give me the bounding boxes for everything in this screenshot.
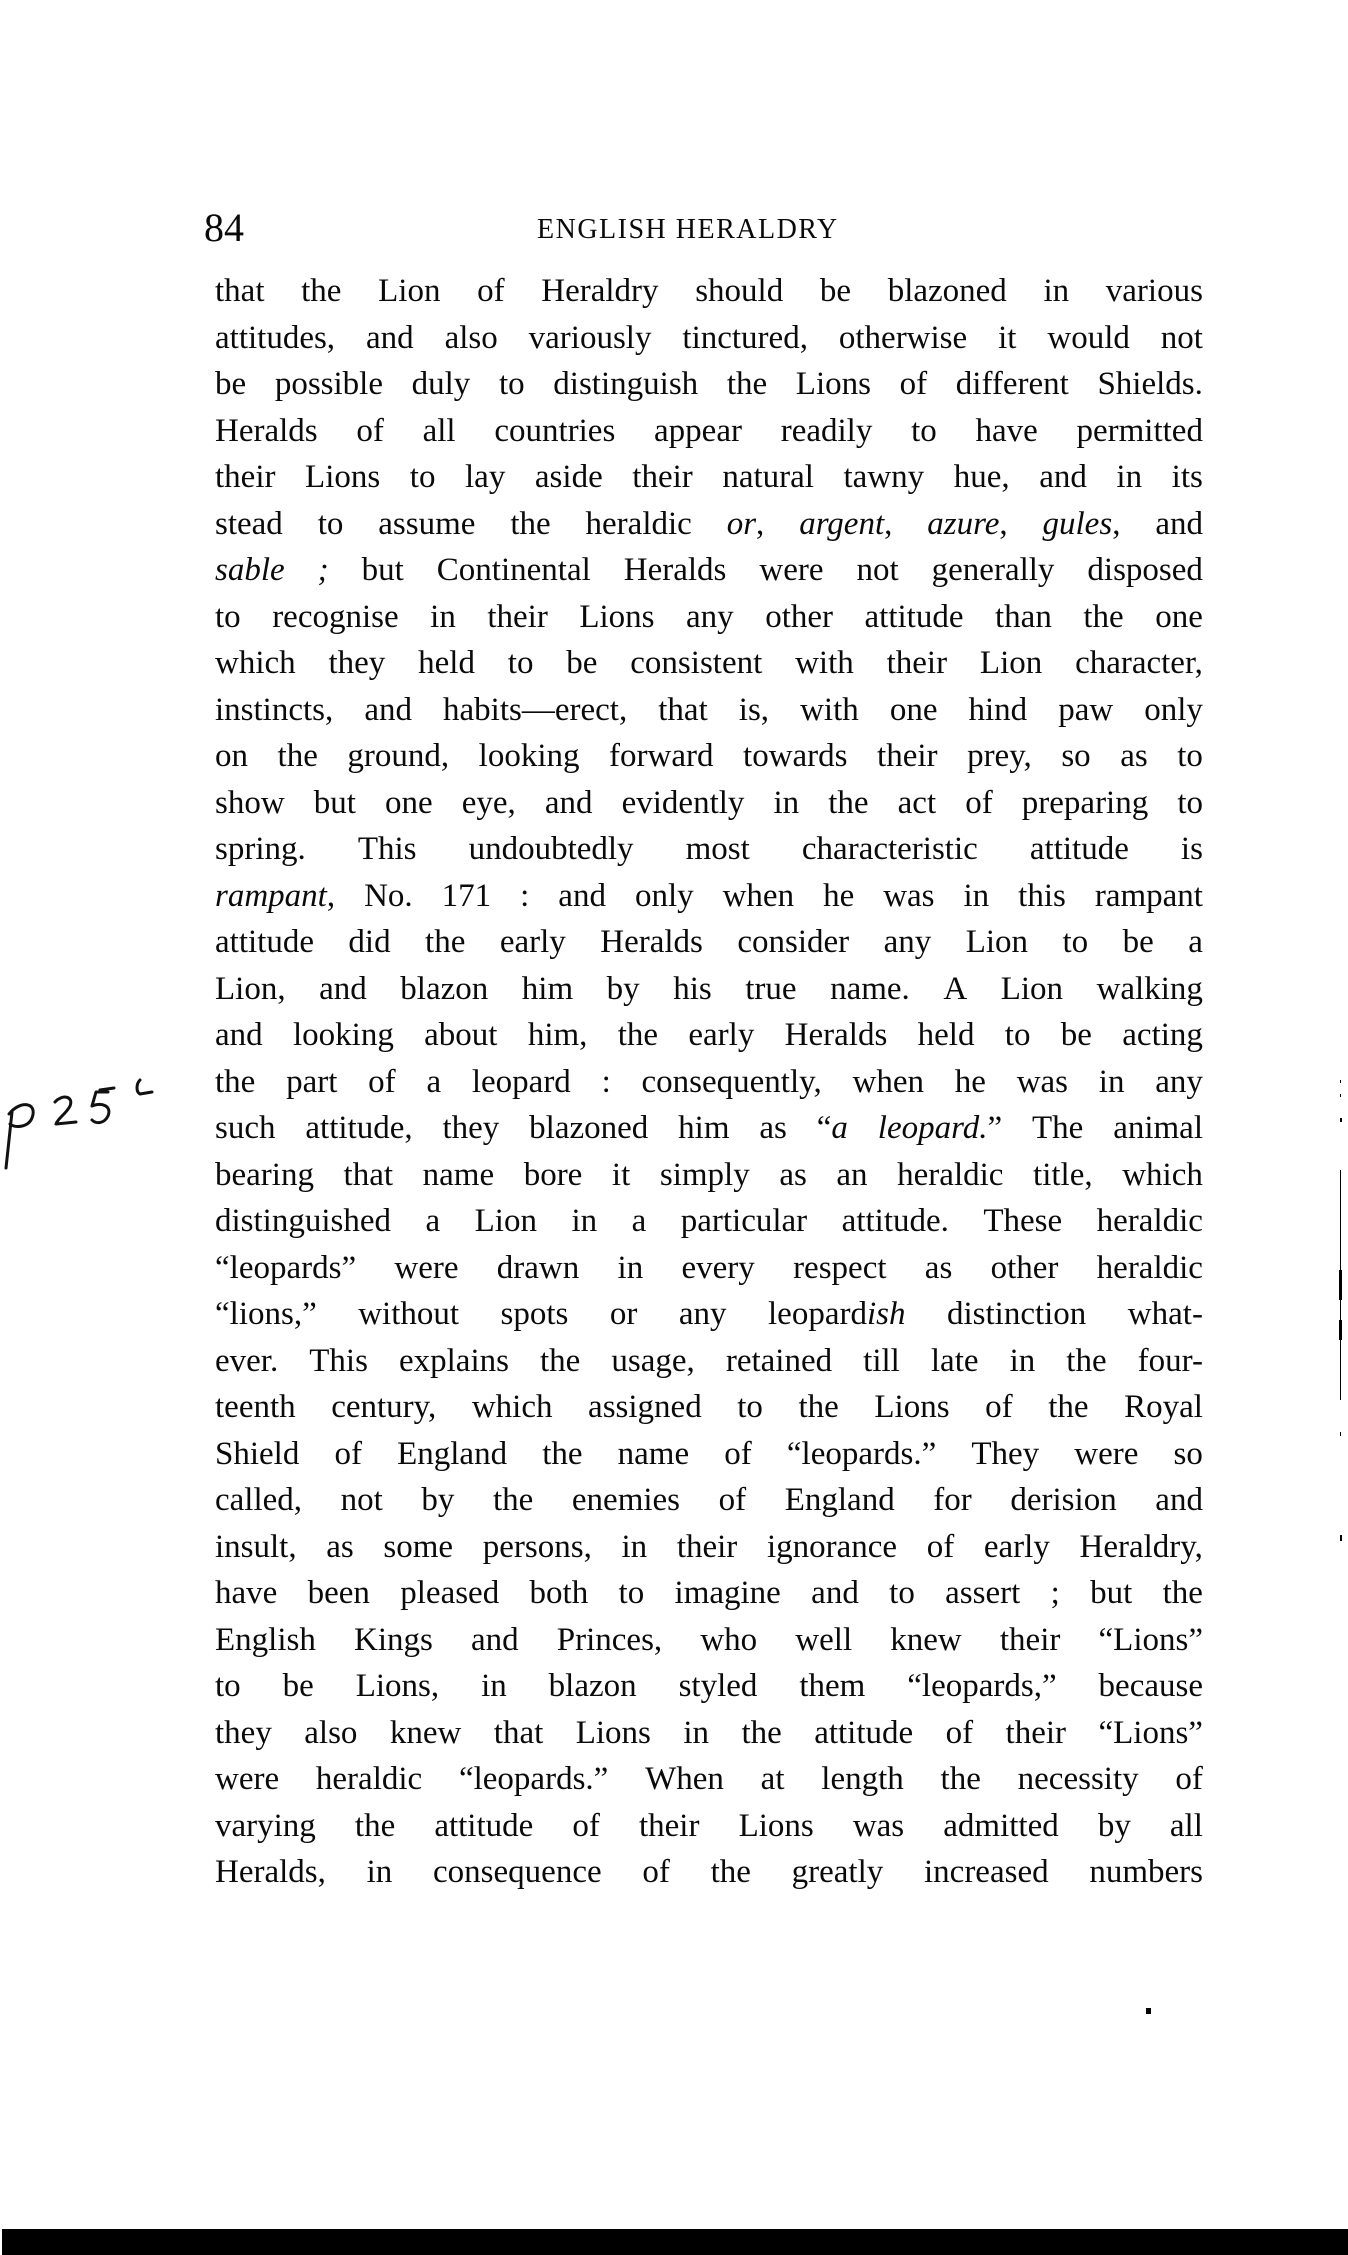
word: and [364, 687, 412, 734]
word: natural [722, 454, 814, 501]
word: respect [793, 1245, 886, 1292]
word: of [572, 1803, 600, 1850]
word: of [719, 1477, 747, 1524]
word: Lion [966, 919, 1028, 966]
word: is [1181, 826, 1203, 873]
word: so [1174, 1431, 1203, 1478]
word: to [215, 594, 241, 641]
text-line: instincts,andhabits—erect,thatis,withone… [215, 687, 1203, 734]
word: retained [726, 1338, 832, 1385]
word: knew [890, 1617, 961, 1664]
word: were [394, 1245, 458, 1292]
running-head: ENGLISH HERALDRY [537, 212, 909, 248]
word: ever. [215, 1338, 278, 1385]
word: leopard [472, 1059, 571, 1106]
word: “lions,” [215, 1291, 317, 1338]
text-line: wereheraldic“leopards.”Whenatlengththene… [215, 1756, 1203, 1803]
word: their [877, 733, 937, 780]
word: as [925, 1245, 953, 1292]
word: consistent [630, 640, 762, 687]
word: one [385, 780, 433, 827]
word: distinguished [215, 1198, 391, 1245]
word: walking [1097, 966, 1203, 1013]
word: simply [660, 1152, 750, 1199]
word: to [1177, 733, 1203, 780]
word: the [1048, 1384, 1088, 1431]
word: late [931, 1338, 979, 1385]
text-line: theyalsoknewthatLionsintheattitudeofthei… [215, 1710, 1203, 1757]
word: variously [529, 315, 652, 362]
scan-speck [1146, 2008, 1151, 2014]
body-text: thattheLionofHeraldryshouldbeblazonedinv… [215, 268, 1203, 1896]
word: preparing [1022, 780, 1148, 827]
word: stead [215, 501, 283, 548]
word: most [686, 826, 750, 873]
word: the [278, 733, 318, 780]
word: was [1017, 1059, 1068, 1106]
word: by [421, 1477, 454, 1524]
text-line: attitudedidtheearlyHeraldsconsideranyLio… [215, 919, 1203, 966]
word: enemies [572, 1477, 680, 1524]
word: Heraldry [541, 268, 658, 315]
word: till [863, 1338, 900, 1385]
word: the [828, 780, 868, 827]
word: Kings [354, 1617, 433, 1664]
word: of [985, 1384, 1013, 1431]
word: ; [1051, 1570, 1060, 1617]
word: held [918, 1012, 975, 1059]
text-line: rampant,No.171:andonlywhenhewasinthisram… [215, 873, 1203, 920]
text-line: attitudes,andalsovariouslytinctured,othe… [215, 315, 1203, 362]
word: “Lions” [1099, 1617, 1203, 1664]
scan-edge-artifact [1338, 1080, 1344, 1560]
word: were [759, 547, 823, 594]
word: and [215, 1012, 263, 1059]
text-line: Heralds,inconsequenceofthegreatlyincreas… [215, 1849, 1203, 1896]
word: generally [932, 547, 1055, 594]
word: and [811, 1570, 859, 1617]
word: of [946, 1710, 974, 1757]
text-line: bearingthatnameboreitsimplyasanheraldict… [215, 1152, 1203, 1199]
word: by [1098, 1803, 1131, 1850]
word: aside [535, 454, 603, 501]
word: their [1006, 1710, 1066, 1757]
word: to [1177, 780, 1203, 827]
word: it [612, 1152, 630, 1199]
word: or, [727, 501, 765, 548]
word: with [795, 640, 854, 687]
word: him, [528, 1012, 588, 1059]
word: consequence [433, 1849, 602, 1896]
word: hue, [954, 454, 1010, 501]
word: blazoned [888, 268, 1007, 315]
word: any [1155, 1059, 1203, 1106]
word: to [318, 501, 344, 548]
text-line: torecogniseintheirLionsanyotherattitudet… [215, 594, 1203, 641]
word: Heralds [215, 408, 318, 455]
text-line: thepartofaleopard:consequently,whenhewas… [215, 1059, 1203, 1106]
text-line: steadtoassumetheheraldicor,argent,azure,… [215, 501, 1203, 548]
word: the [618, 1012, 658, 1059]
word: or [610, 1291, 638, 1338]
word: their [215, 454, 275, 501]
word: name [423, 1152, 494, 1199]
word: and [1155, 1477, 1203, 1524]
word: a [426, 1059, 441, 1106]
text-line: EnglishKingsandPrinces,whowellknewtheir“… [215, 1617, 1203, 1664]
word: Lions, [356, 1663, 439, 1710]
word: : [602, 1059, 611, 1106]
word: Continental [437, 547, 591, 594]
word: have [215, 1570, 277, 1617]
word: forward [609, 733, 713, 780]
word: all [423, 408, 456, 455]
word: him [522, 966, 573, 1013]
text-line: called,notbytheenemiesofEnglandforderisi… [215, 1477, 1203, 1524]
word: attitudes, [215, 315, 335, 362]
word: than [995, 594, 1052, 641]
word: Heralds [785, 1012, 888, 1059]
text-line: Lion,andblazonhimbyhistruename.ALionwalk… [215, 966, 1203, 1013]
word: early [688, 1012, 754, 1059]
word: drawn [497, 1245, 579, 1292]
word: No. [364, 873, 413, 920]
word: early [500, 919, 566, 966]
word: habits—erect, [443, 687, 627, 734]
word: Lions [579, 594, 654, 641]
word: to [889, 1570, 915, 1617]
word: paw [1058, 687, 1113, 734]
word: ; [318, 547, 329, 594]
word: to [1062, 919, 1088, 966]
word: attitude [1030, 826, 1129, 873]
word: to [499, 361, 525, 408]
word: Lions [796, 361, 871, 408]
word: heraldic [1097, 1245, 1203, 1292]
word: rampant, [215, 873, 335, 920]
text-line: spring.Thisundoubtedlymostcharacteristic… [215, 826, 1203, 873]
word: different [956, 361, 1069, 408]
word: teenth [215, 1384, 296, 1431]
word: various [1106, 268, 1203, 315]
word: greatly [792, 1849, 884, 1896]
text-line: ever.Thisexplainstheusage,retainedtillla… [215, 1338, 1203, 1385]
word: They [971, 1431, 1039, 1478]
word: held [418, 640, 475, 687]
word: they [215, 1710, 272, 1757]
word: evidently [622, 780, 745, 827]
word: be [215, 361, 246, 408]
word: the [741, 1710, 781, 1757]
text-line: suchattitude,theyblazonedhimas“aleopard.… [215, 1105, 1203, 1152]
word: be [566, 640, 597, 687]
word: their [487, 594, 547, 641]
word: countries [494, 408, 615, 455]
word: the [493, 1477, 533, 1524]
word: their [1000, 1617, 1060, 1664]
word: of [477, 268, 505, 315]
word: because [1099, 1663, 1203, 1710]
word: one [890, 687, 938, 734]
word: him [678, 1105, 729, 1152]
word: Shield [215, 1431, 299, 1478]
word: Lion [378, 268, 440, 315]
word: to [619, 1570, 645, 1617]
word: called, [215, 1477, 302, 1524]
word: ignorance [767, 1524, 897, 1571]
word: blazoned [529, 1105, 648, 1152]
word: necessity [1018, 1756, 1139, 1803]
word: Lions [305, 454, 380, 501]
word: that [215, 268, 264, 315]
word: Lions [576, 1710, 651, 1757]
word: name [618, 1431, 689, 1478]
word: heraldic [586, 501, 692, 548]
word: by [607, 966, 640, 1013]
word: them [799, 1663, 865, 1710]
word: sable [215, 547, 285, 594]
word: was [853, 1803, 904, 1850]
word: undoubtedly [469, 826, 634, 873]
word: explains [399, 1338, 509, 1385]
word: to [911, 408, 937, 455]
word: also [304, 1710, 357, 1757]
word: of [334, 1431, 362, 1478]
text-line: Heraldsofallcountriesappearreadilytohave… [215, 408, 1203, 455]
word: any [884, 919, 932, 966]
text-line: thattheLionofHeraldryshouldbeblazonedinv… [215, 268, 1203, 315]
word: heraldic [897, 1152, 1003, 1199]
word: did [348, 919, 390, 966]
word: knew [390, 1710, 461, 1757]
word: was [883, 873, 934, 920]
word: instincts, [215, 687, 333, 734]
text-line: insult,assomepersons,intheirignoranceofe… [215, 1524, 1203, 1571]
word: would [1047, 315, 1130, 362]
word: be [1123, 919, 1154, 966]
word: any [679, 1291, 727, 1338]
word: : [520, 873, 529, 920]
word: only [1144, 687, 1203, 734]
word: eye, [462, 780, 516, 827]
word: attitude [434, 1803, 533, 1850]
word: bearing [215, 1152, 314, 1199]
word: show [215, 780, 285, 827]
word: hind [969, 687, 1028, 734]
text-line: theirLionstolayasidetheirnaturaltawnyhue… [215, 454, 1203, 501]
word: in [481, 1663, 507, 1710]
text-line: tobeLions,inblazonstyledthem“leopards,”b… [215, 1663, 1203, 1710]
word: in [1043, 268, 1069, 315]
word: part [286, 1059, 337, 1106]
word: name. [830, 966, 910, 1013]
word: other [765, 594, 833, 641]
word: and [471, 1617, 519, 1664]
word: in [621, 1524, 647, 1571]
word: Shields. [1097, 361, 1202, 408]
word: attitude [865, 594, 964, 641]
word: “a [817, 1105, 848, 1152]
word: tawny [844, 454, 925, 501]
word: every [681, 1245, 754, 1292]
word: styled [679, 1663, 758, 1710]
word: Princes, [557, 1617, 662, 1664]
word: “leopards.” [787, 1431, 936, 1478]
text-line: “lions,”withoutspotsoranyleopardishdisti… [215, 1291, 1203, 1338]
word: be [283, 1663, 314, 1710]
word: their [632, 454, 692, 501]
word: four- [1138, 1338, 1203, 1385]
word: length [821, 1756, 903, 1803]
word: of [1175, 1756, 1203, 1803]
word: act [898, 780, 936, 827]
word: This [309, 1338, 368, 1385]
word: in [430, 594, 456, 641]
word: his [673, 966, 712, 1013]
word: the [1163, 1570, 1203, 1617]
word: were [215, 1756, 279, 1803]
word: the [510, 501, 550, 548]
text-line: ShieldofEnglandthenameof“leopards.”Theyw… [215, 1431, 1203, 1478]
word: should [695, 268, 783, 315]
word: prey, [967, 733, 1032, 780]
word: spots [501, 1291, 569, 1338]
word: distinction [947, 1291, 1086, 1338]
word: Royal [1124, 1384, 1203, 1431]
word: Heraldry, [1079, 1524, 1202, 1571]
word: assigned [588, 1384, 702, 1431]
word: any [686, 594, 734, 641]
word: they [328, 640, 385, 687]
word: “leopards” [215, 1245, 356, 1292]
word: only [635, 873, 694, 920]
word: which [1122, 1152, 1203, 1199]
word: in [367, 1849, 393, 1896]
word: disposed [1087, 547, 1203, 594]
word: in [1116, 454, 1142, 501]
word: as [1120, 733, 1148, 780]
word: A [943, 966, 967, 1013]
word: about [424, 1012, 497, 1059]
word: Heralds, [215, 1849, 326, 1896]
word: ground, [347, 733, 449, 780]
word: when [853, 1059, 924, 1106]
word: recognise [272, 594, 398, 641]
word: “leopards,” [907, 1663, 1056, 1710]
word: lay [465, 454, 505, 501]
word: it [998, 315, 1016, 362]
word: and [545, 780, 593, 827]
word: The [1032, 1105, 1083, 1152]
word: who [700, 1617, 757, 1664]
word: insult, [215, 1524, 297, 1571]
word: which [215, 640, 296, 687]
word: both [530, 1570, 589, 1617]
page-number: 84 [204, 204, 244, 252]
word: in [618, 1245, 644, 1292]
word: the [941, 1756, 981, 1803]
word: bore [524, 1152, 583, 1199]
word: to [508, 640, 534, 687]
word: at [761, 1756, 785, 1803]
word: not [1161, 315, 1203, 362]
word: attitude, [305, 1105, 412, 1152]
word: what- [1128, 1291, 1203, 1338]
word: the [542, 1431, 582, 1478]
word: to [410, 454, 436, 501]
text-line: “leopards”weredrawnineveryrespectasother… [215, 1245, 1203, 1292]
word: acting [1122, 1012, 1203, 1059]
word: in [571, 1198, 597, 1245]
text-line: bepossibledulytodistinguishtheLionsofdif… [215, 361, 1203, 408]
word: and [1039, 454, 1087, 501]
word: in [1099, 1059, 1125, 1106]
word: looking [293, 1012, 394, 1059]
word: permitted [1077, 408, 1203, 455]
word: pleased [400, 1570, 499, 1617]
word: and [366, 315, 414, 362]
word: when [723, 873, 794, 920]
word: rampant [1095, 873, 1203, 920]
word: also [445, 315, 498, 362]
word: in [964, 873, 990, 920]
word: increased [924, 1849, 1049, 1896]
word: Lion [475, 1198, 537, 1245]
word: animal [1113, 1105, 1203, 1152]
word: but [1090, 1570, 1132, 1617]
word: all [1170, 1803, 1203, 1850]
word: he [823, 873, 854, 920]
word: England [397, 1431, 507, 1478]
word: he [955, 1059, 986, 1106]
word: Heralds [600, 919, 703, 966]
word: as [326, 1524, 354, 1571]
word: a [426, 1198, 441, 1245]
word: usage, [611, 1338, 694, 1385]
word: of [965, 780, 993, 827]
text-line: ontheground,lookingforwardtowardstheirpr… [215, 733, 1203, 780]
word: distinguish [553, 361, 698, 408]
word: of [368, 1059, 396, 1106]
word: in [683, 1710, 709, 1757]
word: leopard.” [878, 1105, 1002, 1152]
word: as [779, 1152, 807, 1199]
word: early [984, 1524, 1050, 1571]
word: and [558, 873, 606, 920]
word: but [362, 547, 404, 594]
word: to [737, 1384, 763, 1431]
word: on [215, 733, 248, 780]
word: the [355, 1803, 395, 1850]
text-line: havebeenpleasedbothtoimagineandtoassert;… [215, 1570, 1203, 1617]
text-line: varyingtheattitudeoftheirLionswasadmitte… [215, 1803, 1203, 1850]
word: and [319, 966, 367, 1013]
word: Lion [980, 640, 1042, 687]
word: possible [275, 361, 383, 408]
word: title, [1033, 1152, 1093, 1199]
word: to [1005, 1012, 1031, 1059]
word: 171 [442, 873, 492, 920]
word: the [215, 1059, 255, 1106]
word: their [887, 640, 947, 687]
word: of [724, 1431, 752, 1478]
text-line: showbutoneeye,andevidentlyintheactofprep… [215, 780, 1203, 827]
word: attitude [814, 1710, 913, 1757]
word: not [341, 1477, 383, 1524]
word: consequently, [642, 1059, 822, 1106]
word: duly [412, 361, 471, 408]
word: that [344, 1152, 393, 1199]
